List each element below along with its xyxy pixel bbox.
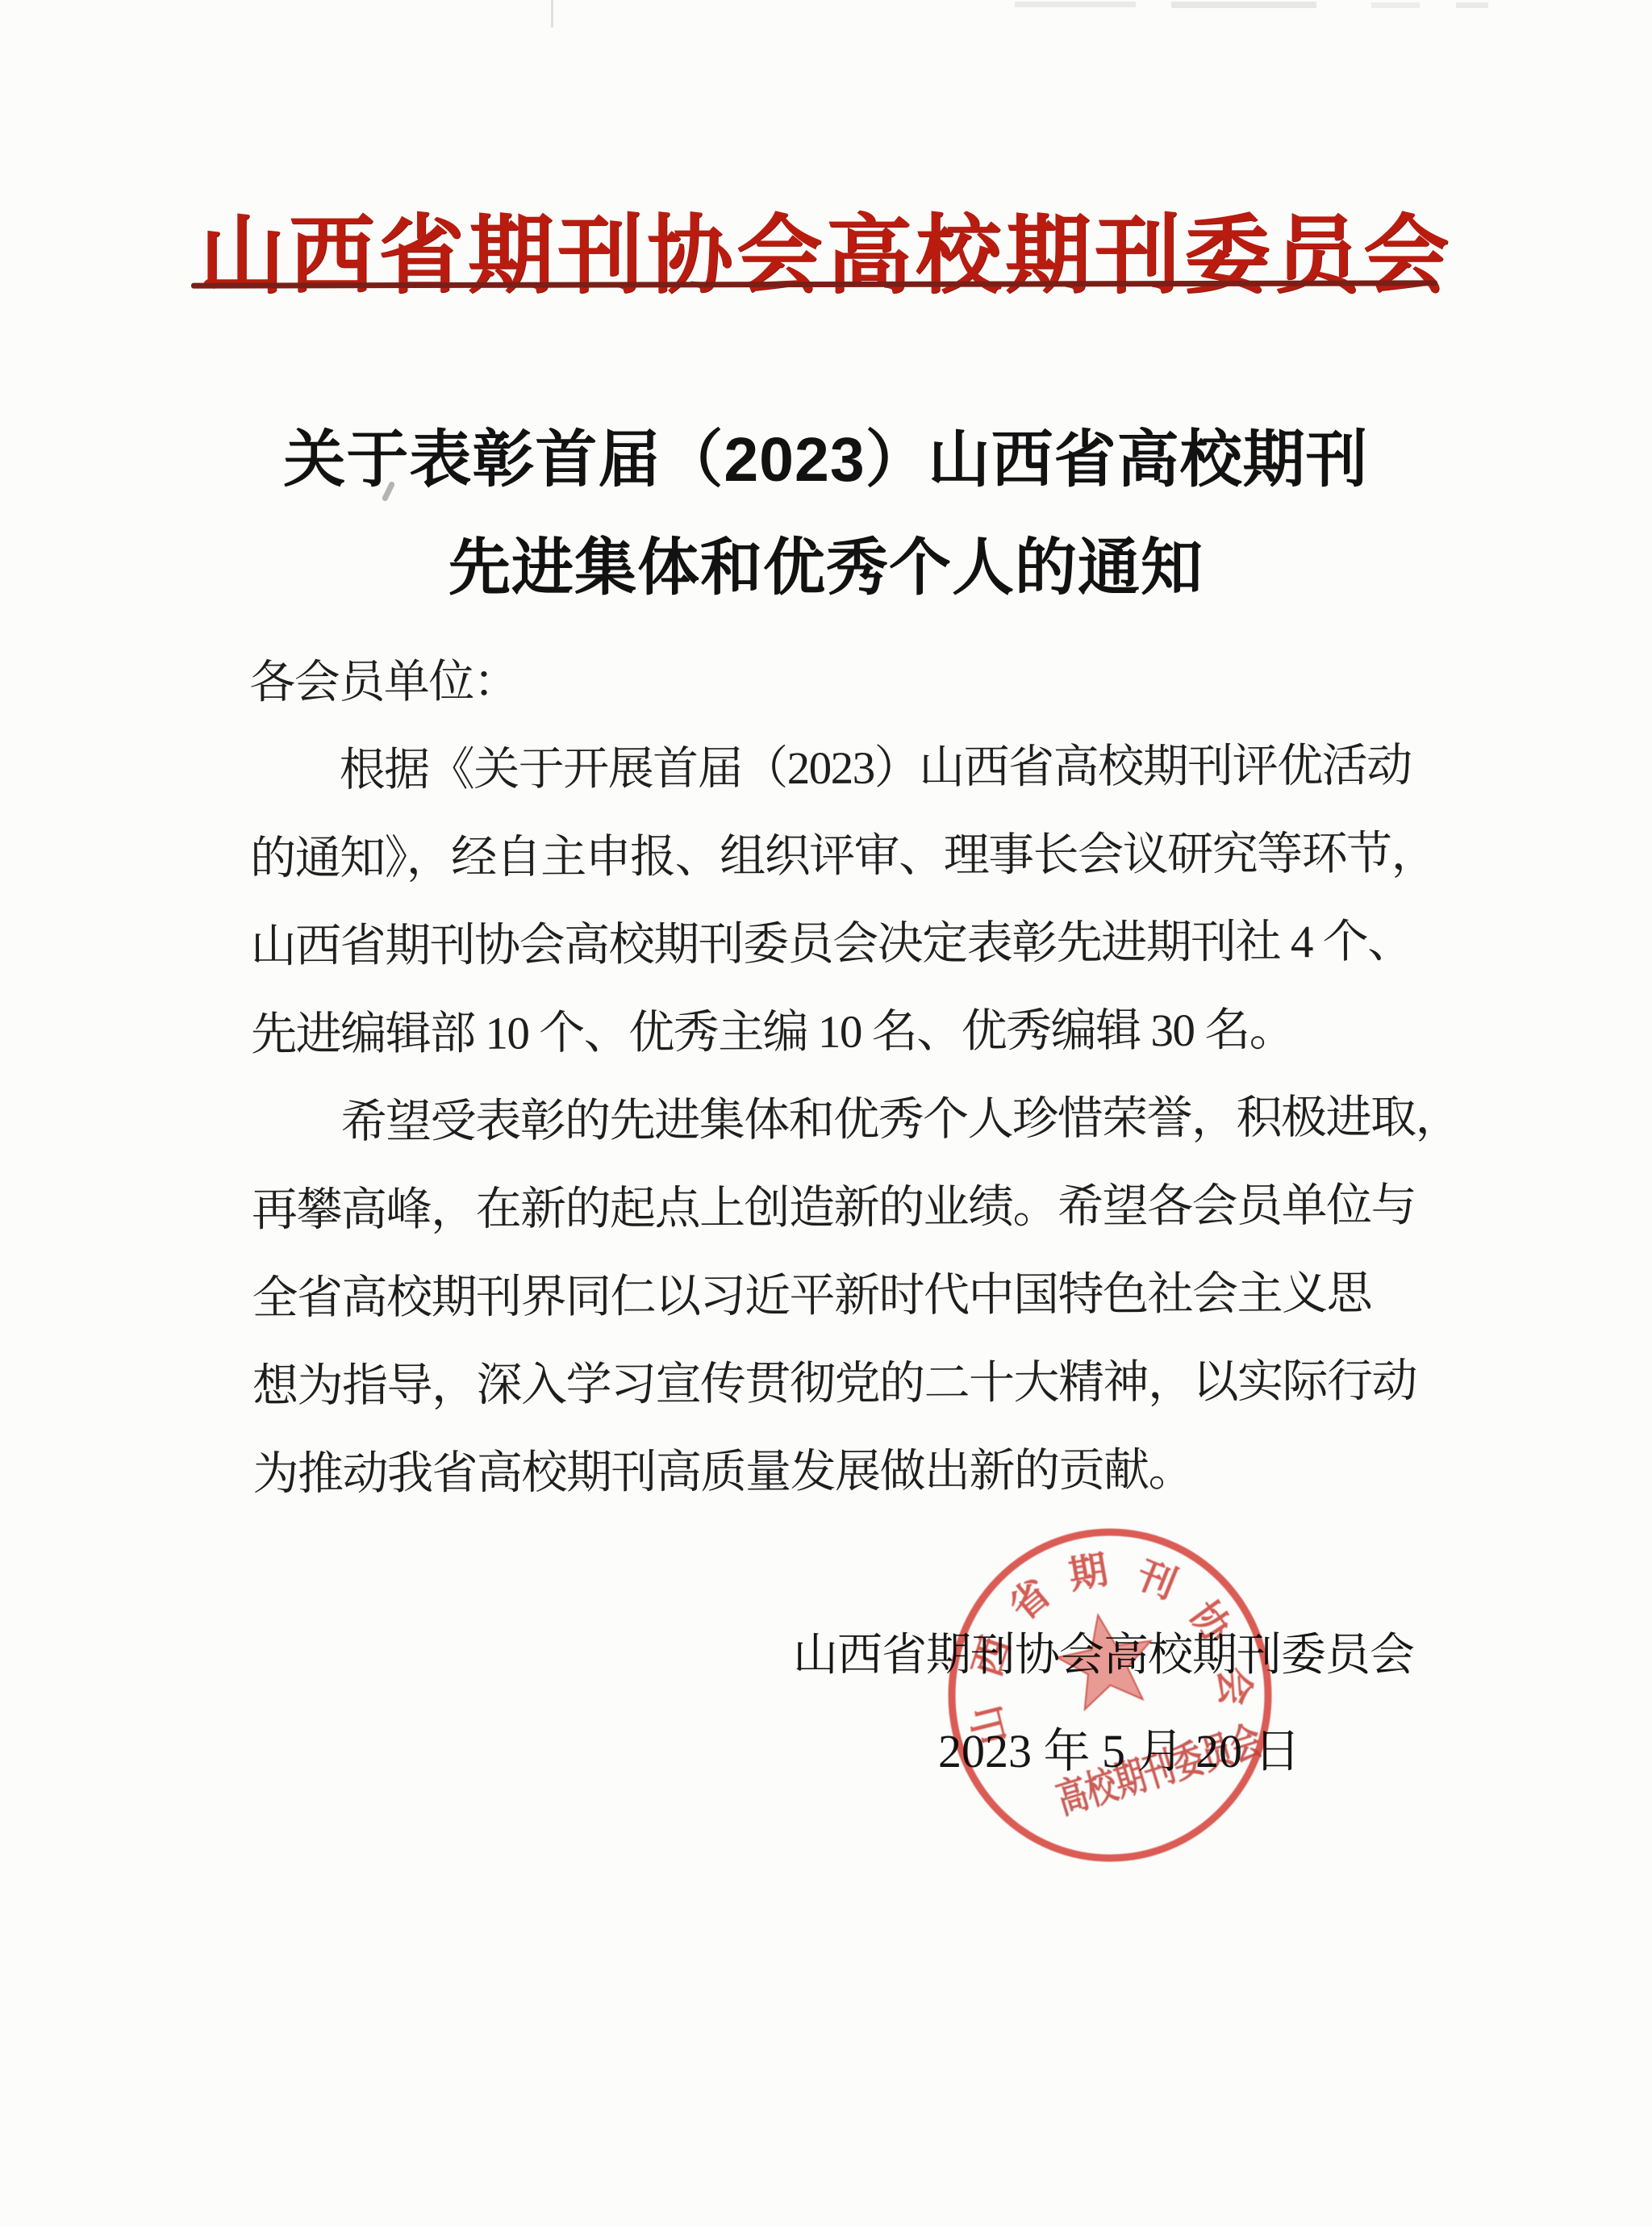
body-line: 希望受表彰的先进集体和优秀个人珍惜荣誉，积极进取，	[251, 1074, 1437, 1167]
seal-arc-char: 期	[1066, 1549, 1111, 1598]
letterhead-org-name: 山西省期刊协会高校期刊委员会	[0, 187, 1652, 310]
body-line: 为推动我省高校期刊高质量发展做出新的贡献。	[252, 1426, 1438, 1518]
seal-arc-char: 省	[1002, 1572, 1059, 1629]
scan-artifact	[1171, 2, 1316, 8]
seal-arc-char: 西	[966, 1632, 1018, 1682]
scan-artifact	[1456, 2, 1488, 8]
body-line: 先进编辑部 10 个、优秀主编 10 名、优秀编辑 30 名。	[251, 986, 1437, 1079]
seal-bottom-text: 高校期刊委员会	[1052, 1718, 1267, 1823]
document-title-line1: 关于表彰首届（2023）山西省高校期刊	[283, 425, 1368, 495]
seal-star-icon	[1058, 1615, 1151, 1710]
scanned-notice-page: 山西省期刊协会高校期刊委员会 关于表彰首届（2023）山西省高校期刊先进集体和优…	[0, 0, 1652, 2226]
document-title-line2: 先进集体和优秀个人的通知	[448, 533, 1204, 603]
body-line: 再攀高峰，在新的起点上创造新的业绩。希望各会员单位与	[252, 1162, 1437, 1255]
scan-artifact	[1015, 2, 1136, 7]
seal-arc-char: 协	[1182, 1594, 1240, 1652]
body-line: 想为指导，深入学习宣传贯彻党的二十大精神，以实际行动	[252, 1338, 1438, 1430]
seal-arc-char: 刊	[1130, 1553, 1182, 1607]
body-line: 根据《关于开展首届（2023）山西省高校期刊评优活动	[249, 722, 1435, 815]
official-seal: 山 西 省 期 刊 协 会 高校期刊委员会	[932, 1516, 1287, 1874]
seal-arc-char: 会	[1211, 1665, 1256, 1707]
body-line: 各会员单位：	[249, 634, 1435, 727]
body-line: 全省高校期刊界同仁以习近平新时代中国特色社会主义思	[252, 1250, 1437, 1343]
body-line: 山西省期刊协会高校期刊委员会决定表彰先进期刊社 4 个、	[250, 898, 1436, 991]
scan-artifact	[1371, 2, 1420, 8]
notice-body: 各会员单位： 根据《关于开展首届（2023）山西省高校期刊评优活动 的通知》，经…	[249, 634, 1439, 1518]
seal-arc-char: 山	[965, 1701, 1016, 1748]
body-line: 的通知》，经自主申报、组织评审、理事长会议研究等环节，	[250, 810, 1436, 903]
scan-artifact	[551, 0, 553, 27]
document-title: 关于表彰首届（2023）山西省高校期刊先进集体和优秀个人的通知	[0, 406, 1652, 622]
